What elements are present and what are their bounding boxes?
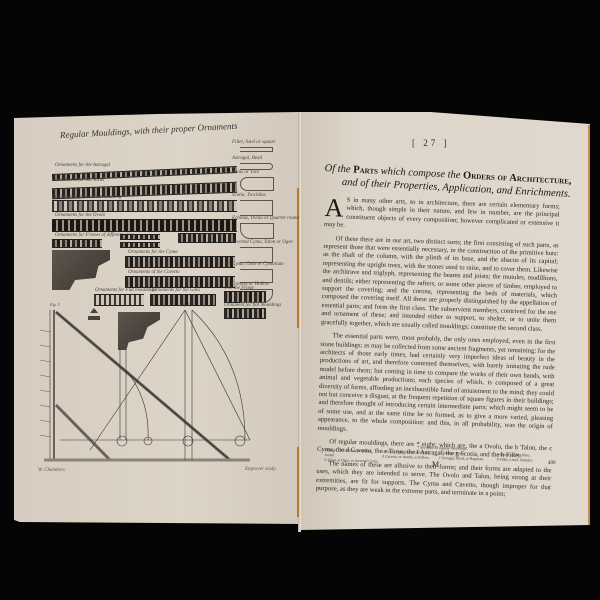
moulding-band-frieze-medium [120, 242, 160, 248]
band-label: Ornaments for Flat mouldings [95, 288, 156, 293]
moulding-band-frieze-medium [120, 234, 160, 240]
band-label: Ornaments for the Torus [55, 178, 104, 183]
band-label: Ornaments of the Cavetto [128, 270, 180, 275]
construction-diagram: Fig. 3 Fig. 4 [30, 300, 280, 470]
heading-parts: Parts [353, 164, 378, 176]
profile-ovolo [240, 223, 274, 239]
moulding-band-fret [52, 200, 237, 212]
profile-label: Inverted Cyma, Talon or Ogee [232, 240, 293, 245]
binding-thread [297, 447, 299, 517]
heading-of-the: Of the [324, 163, 350, 175]
footnote: f Astragal, Bead, or Baguette. [439, 456, 496, 462]
profile-label: Cyma, Gola or Cymatium [232, 262, 284, 267]
engraving-signature-right: Engraver sculp. [245, 467, 277, 472]
profile-label: Torus or Tore [232, 170, 259, 175]
moulding-band-cavetto [125, 276, 235, 288]
svg-text:Fig. 4: Fig. 4 [179, 302, 190, 307]
profile-label: Astragal, Bead [232, 156, 262, 161]
binding-thread [297, 188, 299, 328]
profile-torus [240, 177, 274, 191]
moulding-band-cyma [125, 256, 235, 268]
profile-label: Cavetto or Hollow [232, 282, 269, 287]
folio-page-number: [ 27 ] [412, 138, 450, 148]
footnote: d Cavetto, or mouth, or hollow. [382, 454, 439, 460]
paragraph: The essential parts were, most probably,… [318, 332, 556, 440]
band-label: Ornaments for the Ovolo [55, 213, 105, 218]
profile-label: Fillet, listel or square [232, 140, 275, 145]
engraving-signature-left: W. Chambers [38, 468, 65, 473]
drop-cap: A [324, 197, 343, 219]
profile-scotia [240, 200, 273, 216]
moulding-band-frieze-small [52, 239, 102, 248]
paragraph: S in many other arts, so in architecture… [324, 196, 560, 237]
profile-label: Scotia, Trochilus [232, 193, 266, 198]
open-book-photo: Regular Mouldings, with their proper Orn… [0, 0, 600, 600]
profile-talon [240, 247, 273, 263]
band-label: Ornaments for the Gola [152, 288, 200, 293]
page-number: 409 [548, 461, 556, 466]
signature-mark: M [432, 460, 439, 469]
paragraph: Of these there are in our art, two disti… [321, 235, 559, 335]
profile-astragal [240, 163, 273, 170]
profile-fillet [240, 147, 273, 152]
profile-label: Echinus, Ovolo or Quarter round [232, 216, 299, 221]
footnote: h Fillet, Listel, Annulet. [497, 457, 554, 463]
profile-cyma [240, 269, 273, 283]
band-label: Ornaments for the Cyma [128, 250, 178, 255]
moulding-band-ovolo [52, 219, 237, 232]
svg-text:Fig. 3: Fig. 3 [49, 302, 60, 307]
band-label: Ornaments for the Astragal [55, 163, 110, 168]
moulding-band-frieze-large [178, 233, 236, 243]
